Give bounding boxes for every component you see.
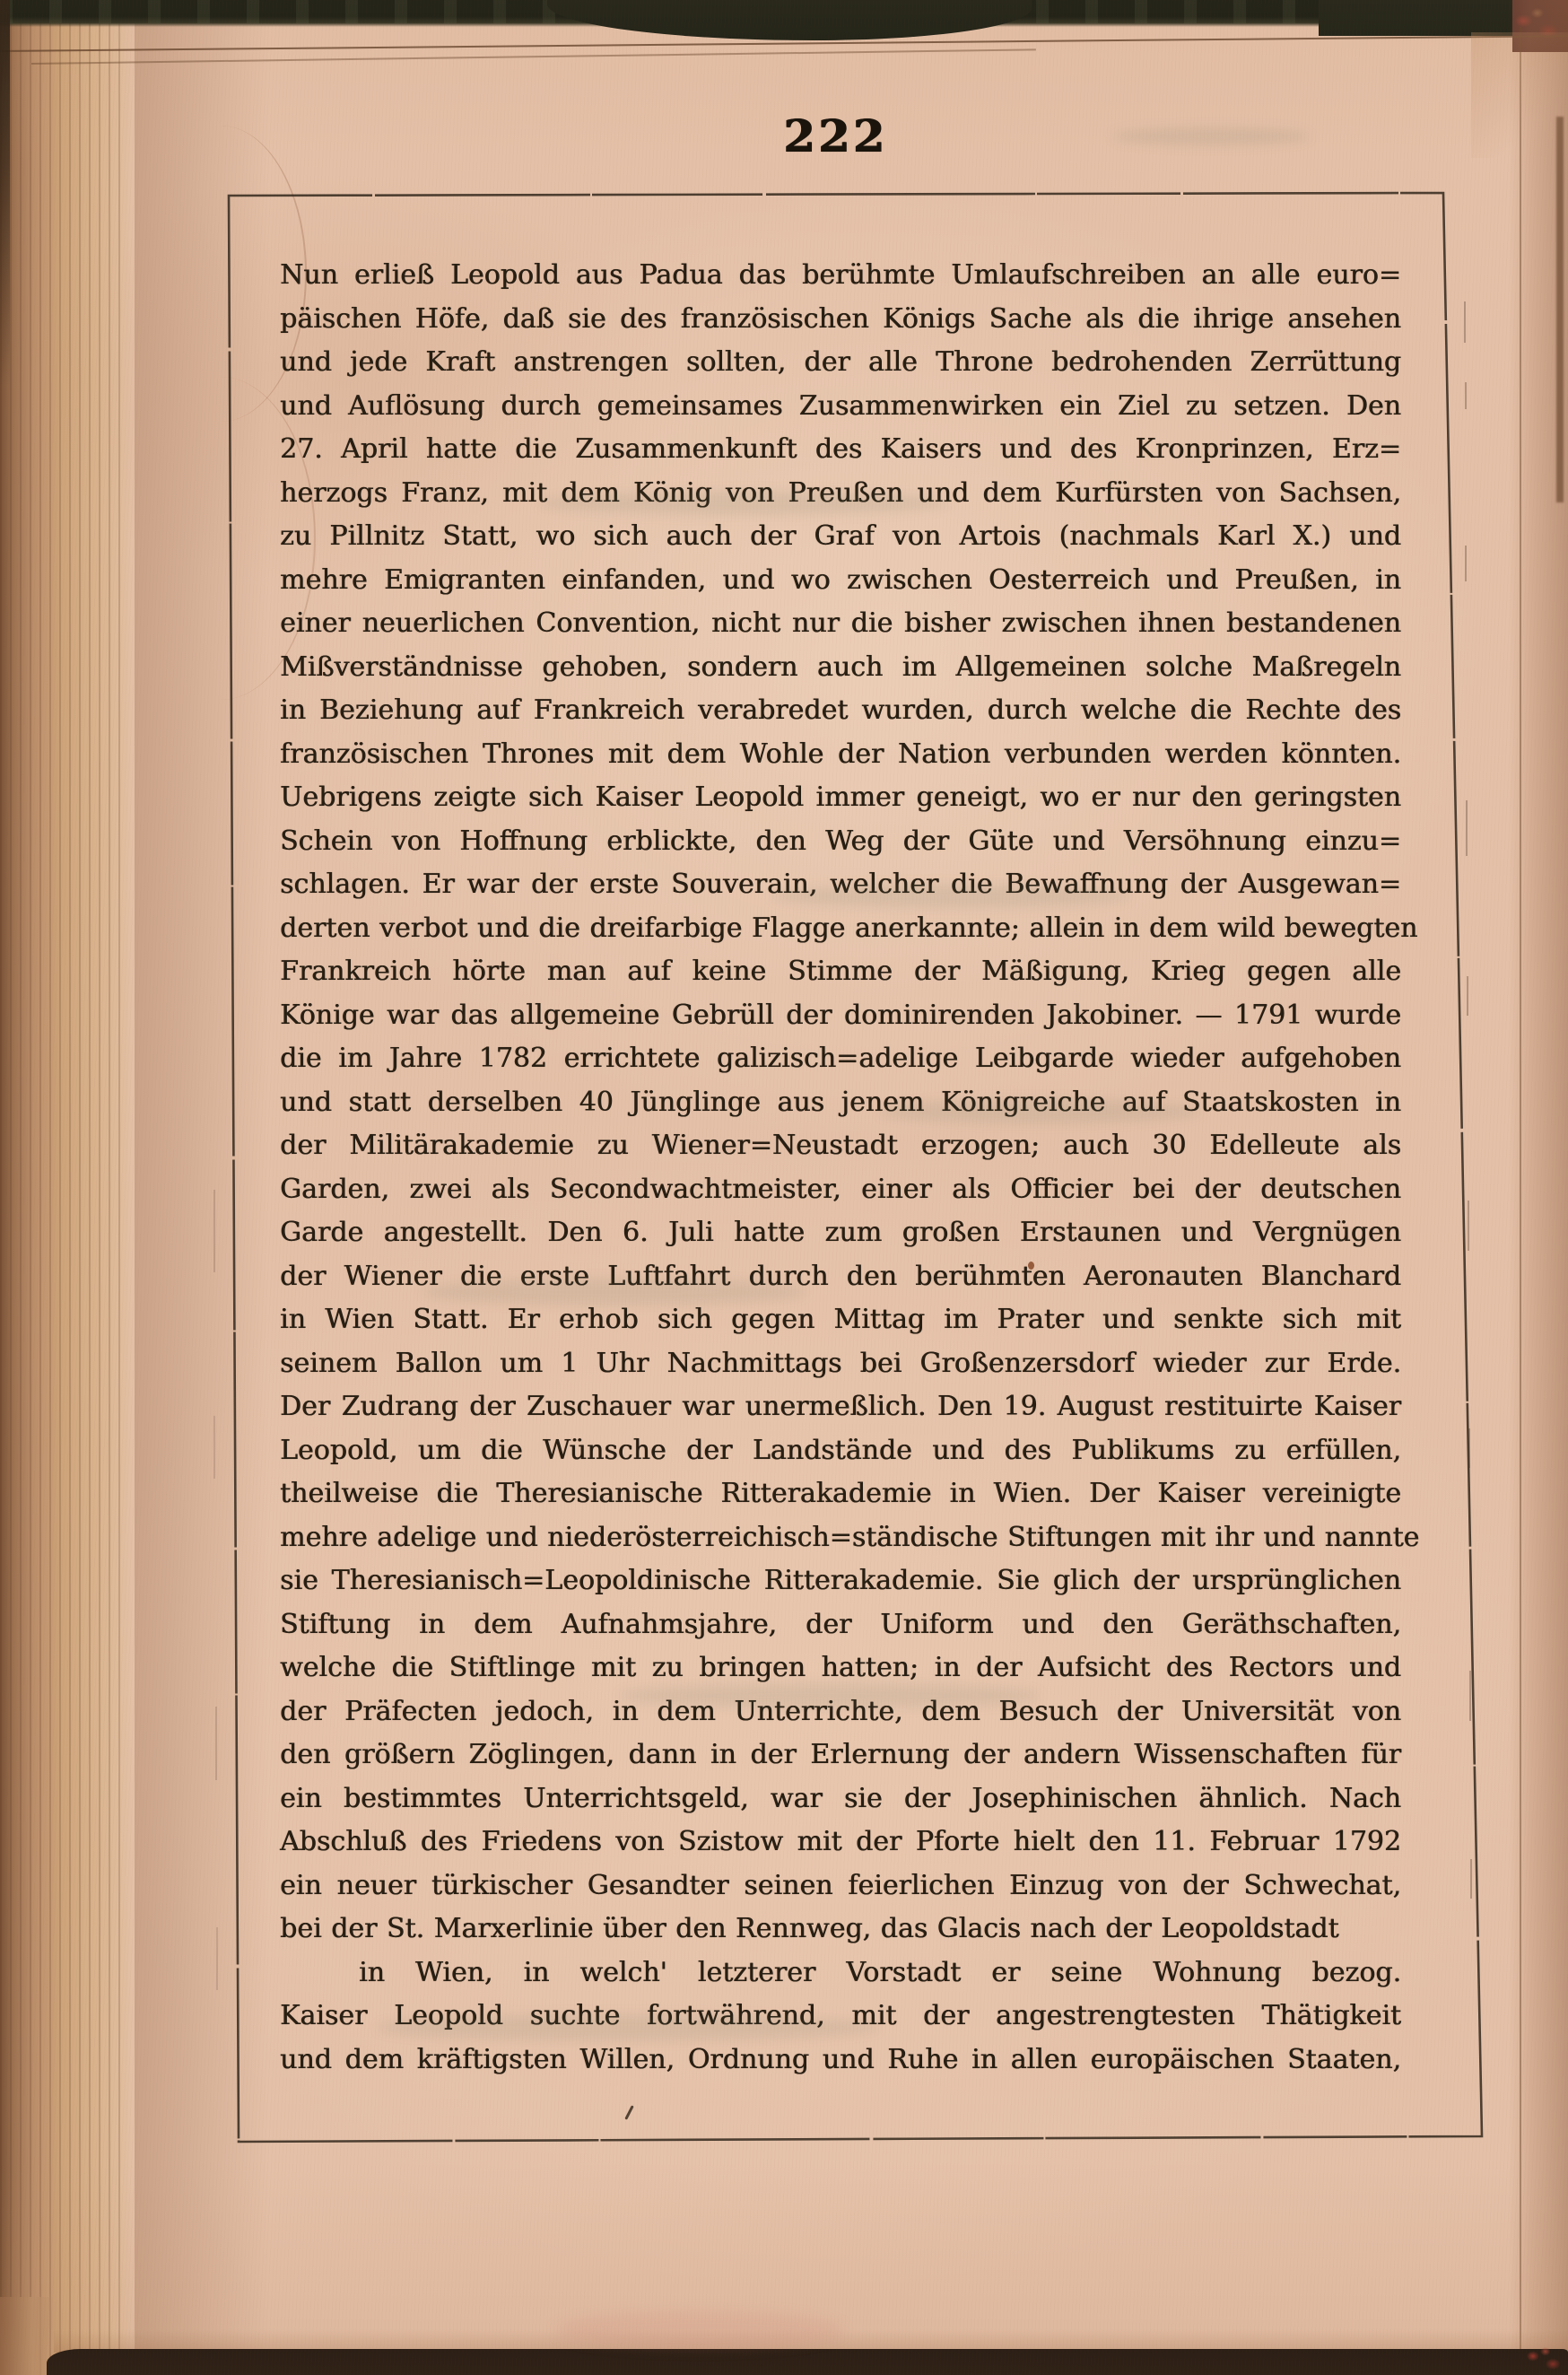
text-line: Kaiser Leopold suchte fortwährend, mit d… [280,1995,1401,2039]
text-line: Garden, zwei als Secondwachtmeister, ein… [280,1168,1401,1212]
text-line: Mißverständnisse gehoben, sondern auch i… [280,646,1401,690]
body-text: Nun erließ Leopold aus Padua das berühmt… [280,254,1401,2082]
text-line: theilweise die Theresianische Ritterakad… [280,1472,1401,1516]
text-line: der Wiener die erste Luftfahrt durch den… [280,1255,1401,1299]
text-line: Abschluß des Friedens von Szistow mit de… [280,1821,1401,1864]
text-line: welche die Stiftlinge mit zu bringen hat… [280,1646,1401,1690]
text-line: und Auflösung durch gemeinsames Zusammen… [280,385,1401,429]
text-line: Nun erließ Leopold aus Padua das berühmt… [280,254,1401,298]
verso-rule-mark [1468,1428,1470,1468]
text-line: den größern Zöglingen, dann in der Erler… [280,1733,1401,1777]
text-line: päischen Höfe, daß sie des französischen… [280,298,1401,342]
text-line: derten verbot und die dreifarbige Flagge… [280,907,1401,951]
verso-rule-mark [1469,1671,1471,1721]
foxing-spot [1028,1262,1034,1270]
text-line: in Beziehung auf Frankreich verabredet w… [280,689,1401,733]
text-line: französischen Thrones mit dem Wohle der … [280,733,1401,777]
verso-rule-mark [1466,800,1468,856]
page-stack-striations [0,0,126,2375]
text-line: Der Zudrang der Zuschauer war unermeßlic… [280,1385,1401,1429]
text-line: zu Pillnitz Statt, wo sich auch der Graf… [280,515,1401,559]
text-line: die im Jahre 1782 errichtete galizisch=a… [280,1037,1401,1081]
page-top-right-corner [1471,32,1568,158]
text-line: mehre Emigranten einfanden, und wo zwisc… [280,559,1401,603]
text-line: herzogs Franz, mit dem König von Preußen… [280,472,1401,516]
text-line: Frankreich hörte man auf keine Stimme de… [280,950,1401,994]
text-line: einer neuerlichen Convention, nicht nur … [280,602,1401,646]
cover-left-sliver [0,0,10,386]
scanned-book-page: 222 Nun erließ Leopold aus Padua das ber… [0,0,1568,2375]
verso-rule-mark [1470,1859,1472,1899]
verso-rule-mark [213,1416,215,1479]
verso-rule-mark [216,1927,218,1990]
text-line: Garde angestellt. Den 6. Juli hatte zum … [280,1211,1401,1255]
text-line: Uebrigens zeigte sich Kaiser Leopold imm… [280,776,1401,820]
text-line: Könige war das allgemeine Gebrüll der do… [280,994,1401,1038]
text-line: der Militärakademie zu Wiener=Neustadt e… [280,1124,1401,1168]
paper-stain [556,2311,843,2349]
text-line: in Wien Statt. Er erhob sich gegen Mitta… [280,1298,1401,1342]
verso-rule-mark [1467,976,1468,1016]
text-line: ein bestimmtes Unterrichtsgeld, war sie … [280,1777,1401,1821]
page-number: 222 [229,109,1443,162]
text-line: 27. April hatte die Zusammenkunft des Ka… [280,428,1401,472]
text-line: schlagen. Er war der erste Souverain, we… [280,863,1401,907]
verso-rule-mark [1464,301,1466,343]
verso-rule-mark [1465,382,1467,409]
stray-ink-mark [624,2105,633,2120]
text-line: der Präfecten jedoch, in dem Unterrichte… [280,1690,1401,1734]
text-line: Schein von Hoffnung erblickte, den Weg d… [280,820,1401,864]
verso-rule-mark [1465,546,1467,581]
text-line: und statt derselben 40 Jünglinge aus jen… [280,1081,1401,1125]
cover-red-specks [1518,2344,1568,2375]
text-line: und dem kräftigsten Willen, Ordnung und … [280,2039,1401,2082]
text-line: seinem Ballon um 1 Uhr Nachmittags bei G… [280,1342,1401,1386]
text-line: Stiftung in dem Aufnahmsjahre, der Unifo… [280,1603,1401,1647]
text-line: und jede Kraft anstrengen sollten, der a… [280,341,1401,385]
text-line: sie Theresianisch=Leopoldinische Rittera… [280,1559,1401,1603]
page-right-crease [1520,27,1521,2351]
text-line: mehre adelige und niederösterreichisch=s… [280,1516,1401,1560]
verso-rule-mark [1468,1201,1469,1251]
text-line: Leopold, um die Wünsche der Landstände u… [280,1429,1401,1473]
verso-rule-mark [215,1707,217,1780]
page-stack-bottom-corner [0,2297,54,2375]
text-line: ein neuer türkischer Gesandter seinen fe… [280,1864,1401,1908]
page-edge-streak [1556,117,1564,502]
book-cover-top-bump [547,0,1032,40]
verso-rule-mark [213,1190,215,1272]
text-line: bei der St. Marxerlinie über den Rennweg… [280,1908,1401,1952]
text-line: in Wien, in welch' letzterer Vorstadt er… [280,1952,1401,1995]
book-bottom-dark-edge [47,2349,1568,2375]
